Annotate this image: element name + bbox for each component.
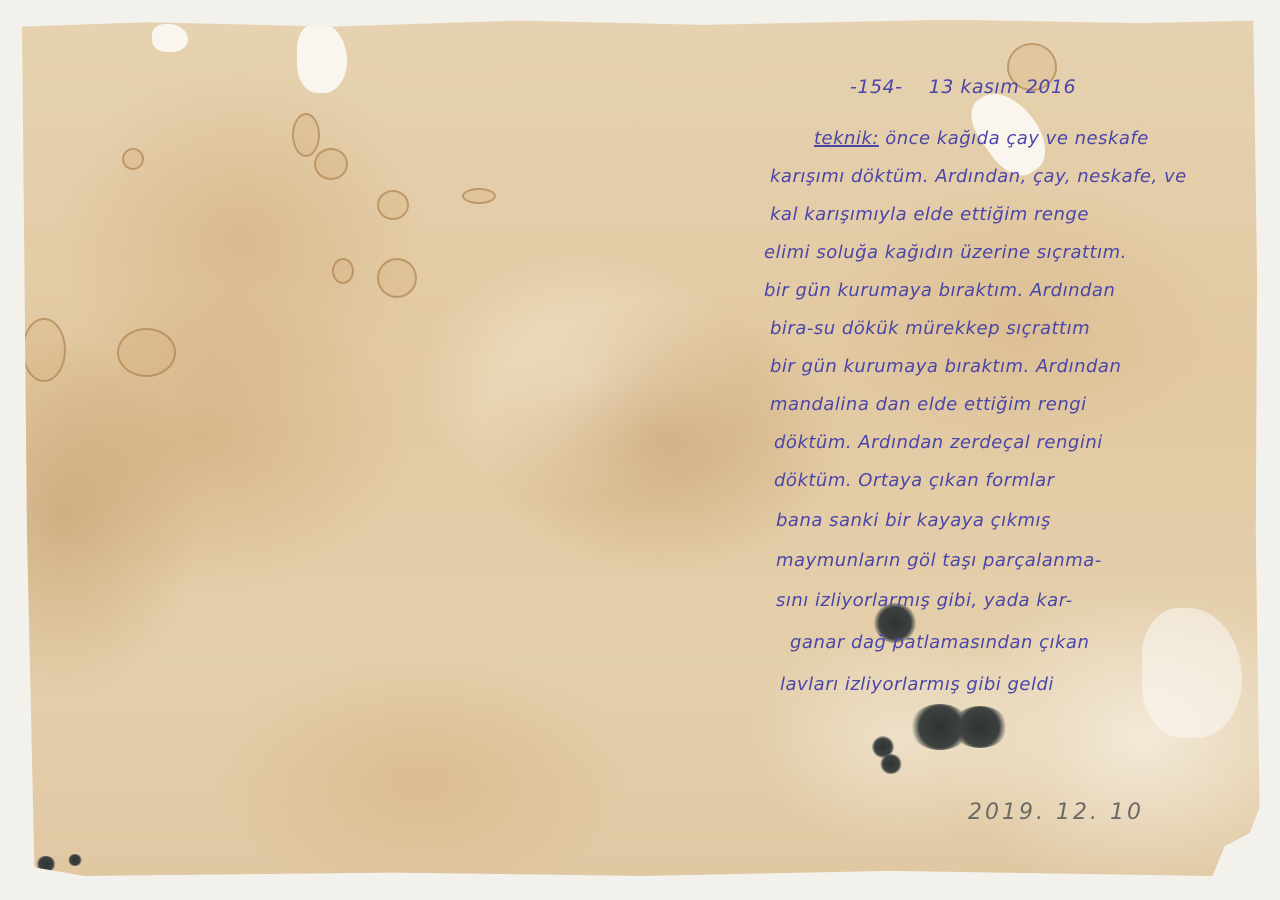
stain-ring: [332, 258, 354, 284]
stain-ring: [117, 328, 176, 377]
pencil-archive-date: 2019. 12. 10: [968, 800, 1144, 825]
ink-blot: [880, 754, 902, 774]
stain-ring: [377, 190, 409, 220]
note-line: lavları izliyorlarmış gibi geldi: [780, 674, 1054, 695]
ink-blot: [68, 854, 82, 866]
paper-bleach-spot: [1142, 608, 1242, 738]
note-date: 13 kasım 2016: [929, 76, 1076, 98]
note-line: bir gün kurumaya bıraktım. Ardından: [770, 356, 1121, 377]
note-line: ganar dağ patlamasından çıkan: [790, 632, 1089, 653]
note-heading: -154- 13 kasım 2016: [850, 76, 1076, 98]
note-line: bir gün kurumaya bıraktım. Ardından: [764, 280, 1115, 301]
stain-ring: [377, 258, 417, 298]
stain-ring: [122, 148, 144, 170]
note-line: elimi soluğa kağıdın üzerine sıçrattım.: [764, 242, 1127, 263]
note-line: bana sanki bir kayaya çıkmış: [776, 510, 1051, 531]
stain-ring: [22, 318, 66, 382]
ink-blot: [952, 706, 1008, 748]
note-line: maymunların göl taşı parçalanma-: [776, 550, 1102, 571]
ink-blot: [36, 856, 56, 872]
stain-ring: [314, 148, 348, 180]
note-line: döktüm. Ortaya çıkan formlar: [774, 470, 1055, 491]
note-line: karışımı döktüm. Ardından, çay, neskafe,…: [770, 166, 1187, 187]
technique-label: teknik:: [814, 128, 879, 149]
paper-bleach-spot: [152, 24, 188, 52]
note-line: mandalina dan elde ettiğim rengi: [770, 394, 1087, 415]
note-line: sını izliyorlarmış gibi, yada kar-: [776, 590, 1073, 611]
stain-ring: [292, 113, 320, 157]
note-line: bira-su dökük mürekkep sıçrattım: [770, 318, 1090, 339]
scanned-document: -154- 13 kasım 2016 teknik: önce kağıda …: [0, 0, 1280, 900]
note-number: -154-: [850, 76, 902, 98]
paper-bleach-spot: [297, 23, 347, 93]
note-line: teknik: önce kağıda çay ve neskafe: [814, 128, 1149, 149]
note-line: döktüm. Ardından zerdeçal rengini: [774, 432, 1103, 453]
note-line: kal karışımıyla elde ettiğim renge: [770, 204, 1089, 225]
stain-ring: [462, 188, 496, 204]
